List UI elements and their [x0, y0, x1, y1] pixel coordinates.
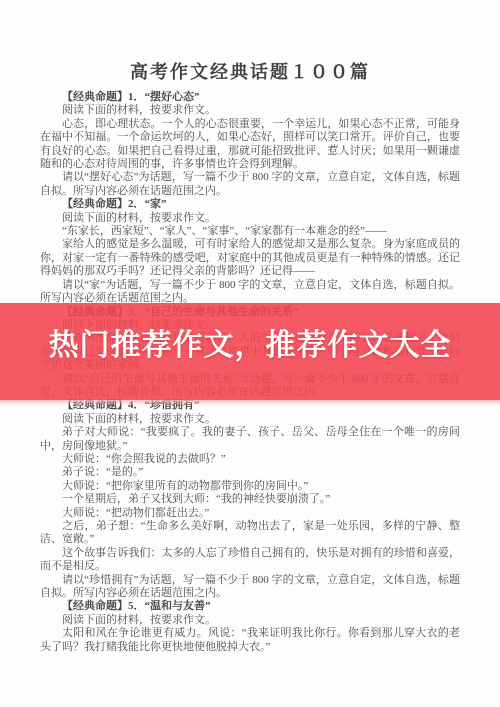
paragraph: 心态，即心理状态。一个人的心态很重要，一个幸运儿，如果心态不正常，可能身在福中不…	[40, 118, 460, 172]
paragraph: 阅读下面的材料，按要求作文。	[40, 614, 460, 627]
paragraph: 家给人的感觉是多么温暖，可有时家给人的感觉却又是那么复杂。身为家庭成员的你，对家…	[40, 238, 460, 278]
paragraph: 这个故事告诉我们：太多的人忘了珍惜自己拥有的，快乐是对拥有的珍惜和喜爱，而不是相…	[40, 547, 460, 574]
paragraph: 大师说：“把你家里所有的动物都带到你的房间中。”	[40, 480, 460, 493]
paragraph: 一个星期后，弟子又找到大师：“我的神经快要崩溃了。”	[40, 493, 460, 506]
paragraph: 请以“家”为话题，写一篇不少于 800 字的文章，立意自定，文体自选，标题自拟。…	[40, 279, 460, 306]
paragraph: 太阳和风在争论谁更有威力。风说：“我来证明我比你行。你看到那儿穿大衣的老头了吗？…	[40, 627, 460, 654]
section-heading: 【经典命题】5．“温和与友善”	[40, 600, 460, 613]
paragraph: 大师说：“把动物们都赶出去。”	[40, 507, 460, 520]
paragraph: 请以“珍惜拥有”为话题，写一篇不少于 800 字的文章，立意自定，文体自选，标题…	[40, 574, 460, 601]
paragraph: 弟子说：“是的。”	[40, 466, 460, 479]
paragraph: 请以“摆好心态”为话题，写一篇不少于 800 字的文章，立意自定，文体自选，标题…	[40, 171, 460, 198]
paragraph: “东家长，西家短”、“家人”、“家事”、“家家都有一本难念的经”——	[40, 225, 460, 238]
section-heading: 【经典命题】2．“家”	[40, 198, 460, 211]
promo-banner-overlay[interactable]: 热门推荐作文，推荐作文大全	[0, 303, 500, 400]
promo-banner-text: 热门推荐作文，推荐作文大全	[49, 320, 452, 364]
paragraph: 大师说：“你会照我说的去做吗？”	[40, 453, 460, 466]
section-heading: 【经典命题】1．“摆好心态”	[40, 91, 460, 104]
document-title: 高考作文经典话题１００篇	[0, 0, 500, 84]
paragraph: 弟子对大师说：“我要疯了。我的妻子、孩子、岳父、岳母全住在一个唯一的房间中，房间…	[40, 426, 460, 453]
document-page: 高考作文经典话题１００篇 【经典命题】1．“摆好心态”阅读下面的材料，按要求作文…	[0, 0, 500, 707]
paragraph: 阅读下面的材料，按要求作文。	[40, 104, 460, 117]
paragraph: 阅读下面的材料，按要求作文。	[40, 212, 460, 225]
paragraph: 之后，弟子想：“生命多么美好啊，动物出去了，家是一处乐园，多样的宁静、整洁、宽敞…	[40, 520, 460, 547]
paragraph: 阅读下面的材料，按要求作文。	[40, 413, 460, 426]
